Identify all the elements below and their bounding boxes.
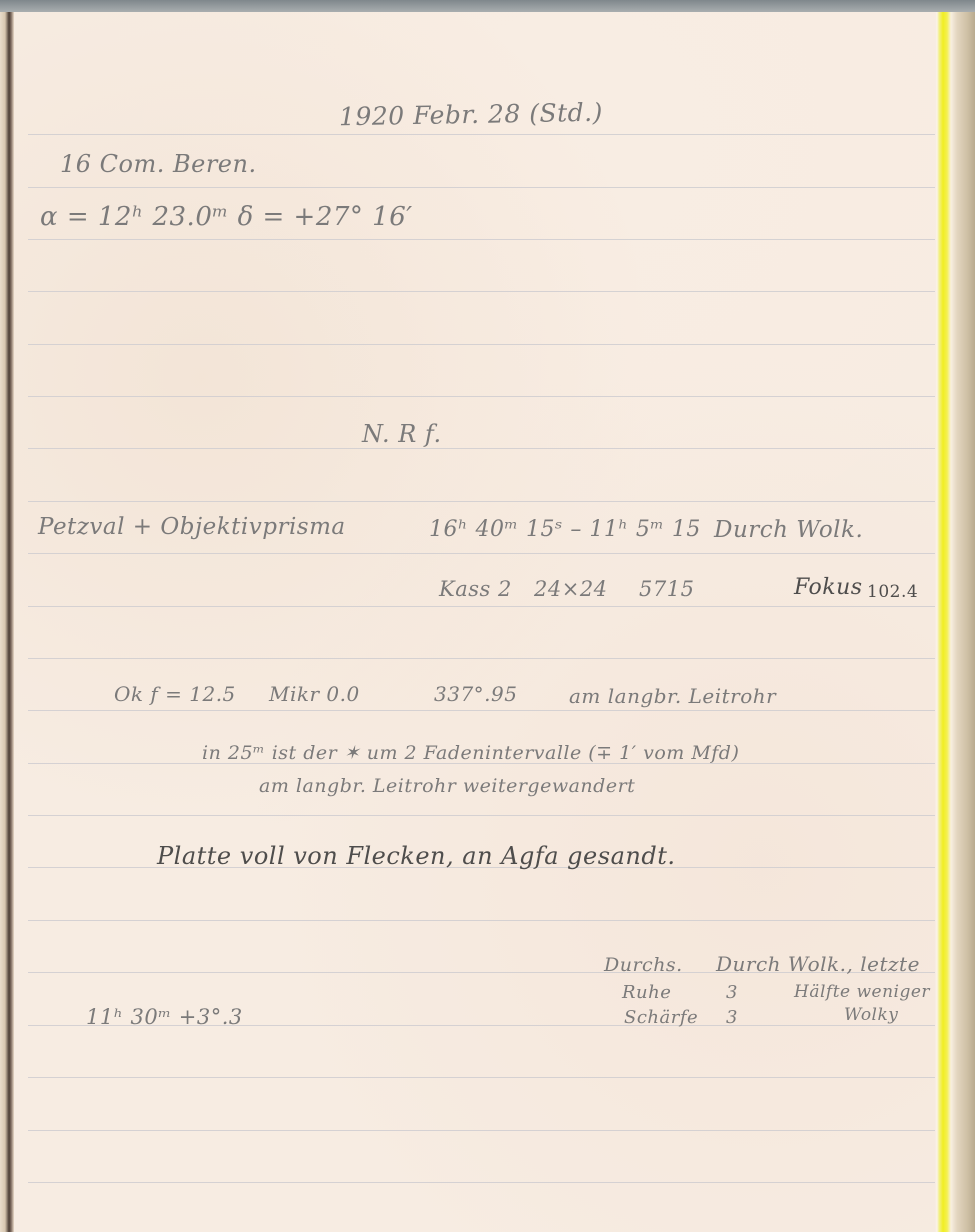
instrument-setup: Petzval + Objektivprisma: [38, 514, 346, 540]
ruled-line: [28, 920, 949, 921]
ruled-line: [28, 239, 949, 240]
guide-telescope: am langbr. Leitrohr: [569, 684, 776, 708]
ruled-line: [28, 1182, 949, 1183]
plate-number: 5715: [639, 577, 694, 601]
ruled-line: [28, 815, 949, 816]
focus-label: Fokus: [794, 575, 863, 600]
ruled-line: [28, 291, 949, 292]
scan-top-border: [0, 0, 975, 12]
plate-size: 24×24: [534, 577, 608, 601]
ruled-line: [28, 448, 949, 449]
conditions-note-cloudy: Wolky: [844, 1005, 898, 1025]
ruled-line: [28, 606, 949, 607]
ruled-line: [28, 501, 949, 502]
object-coordinates: α = 12ʰ 23.0ᵐ δ = +27° 16′: [40, 202, 413, 232]
ruled-line: [28, 658, 949, 659]
object-name: 16 Com. Beren.: [60, 150, 257, 178]
guiding-note-line2: am langbr. Leitrohr weitergewandert: [259, 775, 635, 797]
conditions-label-sharpness: Schärfe: [624, 1007, 698, 1028]
conditions-label-seeing: Ruhe: [622, 982, 671, 1003]
ruled-line: [28, 396, 949, 397]
micrometer-reading: Mikr 0.0: [269, 682, 360, 706]
eyepiece-focal: Ok f = 12.5: [114, 682, 236, 706]
ruled-line: [28, 1077, 949, 1078]
designation-label: N. R f.: [362, 420, 442, 448]
weather-note: Durch Wolk.: [714, 517, 863, 543]
conditions-label-transparency: Durchs.: [604, 954, 683, 976]
conditions-value-sharpness: 3: [726, 1007, 738, 1028]
conditions-value-transparency: Durch Wolk., letzte: [716, 952, 920, 976]
ruled-line: [28, 134, 949, 135]
ruled-line: [28, 344, 949, 345]
ruled-line: [28, 710, 949, 711]
temperature-reading: 11ʰ 30ᵐ +3°.3: [86, 1005, 243, 1029]
page-edge-highlight: [935, 12, 975, 1232]
conditions-value-seeing: 3: [726, 982, 738, 1003]
cassette-label: Kass 2: [439, 577, 512, 601]
ruled-line: [28, 187, 949, 188]
ruled-line: [28, 553, 949, 554]
plate-remark: Platte voll von Flecken, an Agfa gesandt…: [157, 842, 675, 870]
guiding-note-line1: in 25ᵐ ist der ✶ um 2 Fadenintervalle (∓…: [202, 742, 739, 764]
focus-value: 102.4: [867, 582, 918, 602]
exposure-time-range: 16ʰ 40ᵐ 15ˢ – 11ʰ 5ᵐ 15: [429, 517, 701, 542]
position-angle: 337°.95: [434, 682, 517, 706]
notebook-page: 1920 Febr. 28 (Std.) 16 Com. Beren. α = …: [14, 12, 949, 1232]
date-heading: 1920 Febr. 28 (Std.): [339, 98, 603, 132]
conditions-note-half: Hälfte weniger: [794, 982, 930, 1002]
notebook-binding-edge: [0, 12, 14, 1232]
ruled-line: [28, 1130, 949, 1131]
